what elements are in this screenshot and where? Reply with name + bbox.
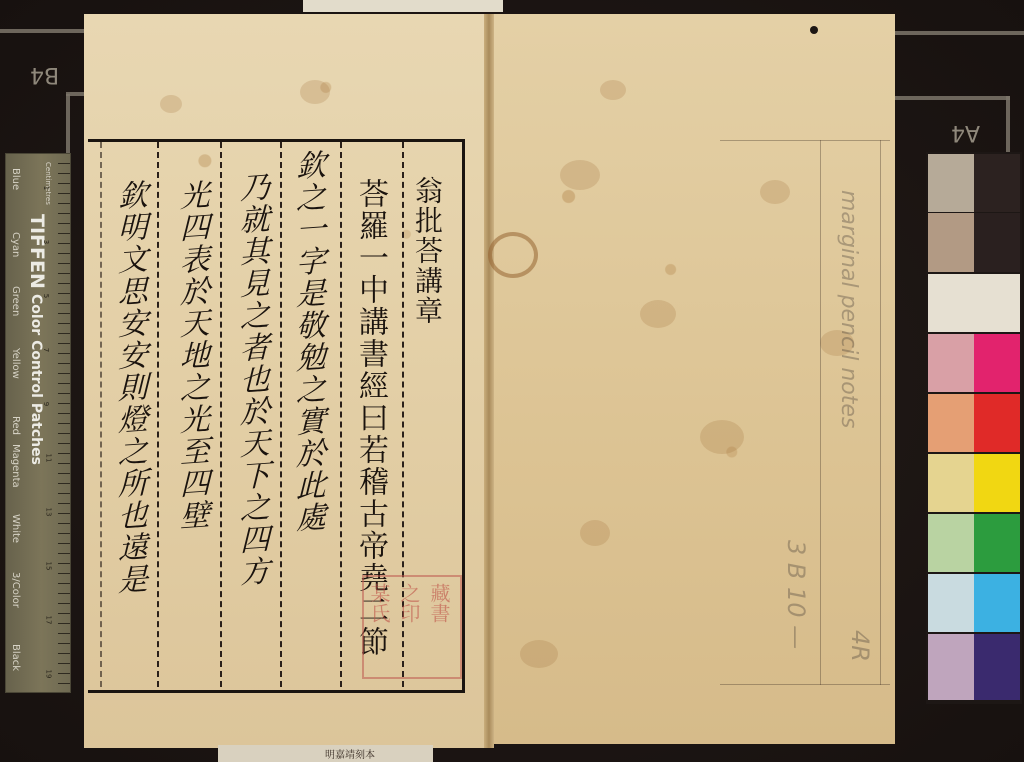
patch-white xyxy=(928,274,1020,332)
patch-green xyxy=(974,514,1020,572)
guide-line-a4-top xyxy=(895,31,1024,35)
stain xyxy=(760,180,790,204)
ruler-ticks xyxy=(58,154,70,692)
guide-line-b4-vertical xyxy=(66,94,70,154)
column-rule xyxy=(100,142,102,687)
patch-cyan xyxy=(974,574,1020,632)
right-page-rule xyxy=(720,140,890,141)
right-page xyxy=(487,14,895,744)
ruler-color-name: Cyan xyxy=(10,232,21,257)
patch-violet xyxy=(974,634,1020,700)
stain xyxy=(700,420,744,454)
right-page-rule xyxy=(820,140,821,685)
ruler-color-name: Yellow xyxy=(10,348,21,379)
stain xyxy=(580,520,610,546)
ruler-tick-label: 17 xyxy=(44,616,52,625)
cursive-column-4: 欽明文思安安則燈之所也遠是 xyxy=(114,179,144,597)
patch-pale-magenta xyxy=(928,334,974,392)
ruler-color-name: Red xyxy=(10,416,21,435)
ruler-tick-label: 5 xyxy=(42,294,50,298)
ruler-tick-label: 7 xyxy=(42,348,50,352)
right-page-rule xyxy=(880,140,881,685)
ruler-unit-label: Centimetres xyxy=(44,162,52,205)
patch-pale-yellow xyxy=(928,454,974,512)
binding-hole xyxy=(810,26,818,34)
ruler-brand: TIFFEN xyxy=(26,214,48,289)
tiffen-ruler: Centimetres TIFFEN Color Control Patches… xyxy=(5,153,71,693)
book-spine xyxy=(484,14,494,748)
guide-line-a4-mid xyxy=(895,96,1010,100)
seal-text: 某氏 xyxy=(365,583,394,623)
top-paper-tab xyxy=(303,0,503,12)
pencil-annotation: 3 B 10 — xyxy=(782,540,810,649)
patch-pale-red xyxy=(928,394,974,452)
ruler-tick-label: 11 xyxy=(44,454,52,463)
color-control-chart xyxy=(926,152,1022,704)
guide-line-a4-vertical xyxy=(1006,96,1010,152)
ruler-color-name: Black xyxy=(10,644,21,671)
ruler-color-name: Blue xyxy=(10,168,21,190)
patch-pale-violet xyxy=(928,634,974,700)
patch-pale-cyan xyxy=(928,574,974,632)
cursive-column-1: 欽之一字是敬勉之實於此處 xyxy=(292,149,322,535)
guide-label-a4: A4 xyxy=(951,120,980,145)
patch-near-black xyxy=(974,213,1020,272)
stain xyxy=(640,300,676,328)
pencil-annotation: marginal pencil notes xyxy=(836,190,861,428)
guide-line-b4-top xyxy=(0,29,84,33)
patch-light-gray xyxy=(928,154,974,212)
column-rule xyxy=(157,142,159,687)
ruler-tick-label: 3 xyxy=(42,240,50,244)
patch-magenta xyxy=(974,334,1020,392)
column-rule xyxy=(280,142,282,687)
guide-label-b4: B4 xyxy=(30,62,59,87)
cursive-column-3: 光四表於天地之光至四壁 xyxy=(176,179,206,533)
cursive-column-2: 乃就其見之者也於天下之四方 xyxy=(236,171,266,589)
stain xyxy=(600,80,626,100)
title-column: 翁批荅講章 xyxy=(407,176,447,326)
ruler-color-name: Green xyxy=(10,286,21,316)
collector-seal: 藏書 之印 某氏 xyxy=(362,575,462,679)
seal-text: 之印 xyxy=(395,583,424,623)
stain xyxy=(520,640,558,668)
column-rule xyxy=(340,142,342,687)
pencil-annotation: 4R xyxy=(846,630,874,662)
stain xyxy=(300,80,330,104)
ring-stain xyxy=(488,232,538,278)
patch-red xyxy=(974,394,1020,452)
ruler-color-name: White xyxy=(10,514,21,543)
column-rule xyxy=(220,142,222,687)
guide-line-b4-corner xyxy=(66,92,84,96)
ruler-tick-label: 19 xyxy=(44,670,52,679)
bottom-tab-label: 明嘉靖刻本 xyxy=(325,746,375,761)
ruler-tick-label: 1 xyxy=(42,186,50,190)
stain xyxy=(560,160,600,190)
ruler-color-name: 3/Color xyxy=(10,572,21,608)
seal-text: 藏書 xyxy=(425,583,454,623)
ruler-tick-label: 13 xyxy=(44,508,52,517)
ruler-tick-label: 15 xyxy=(44,562,52,571)
ruler-tick-label: 9 xyxy=(42,402,50,406)
patch-tan xyxy=(928,213,974,272)
stain xyxy=(160,95,182,113)
patch-pale-green xyxy=(928,514,974,572)
patch-dark-gray xyxy=(974,154,1020,212)
patch-yellow xyxy=(974,454,1020,512)
right-page-rule xyxy=(720,684,890,685)
ruler-product: Color Control Patches xyxy=(28,294,44,465)
ruler-color-name: Magenta xyxy=(10,444,21,488)
